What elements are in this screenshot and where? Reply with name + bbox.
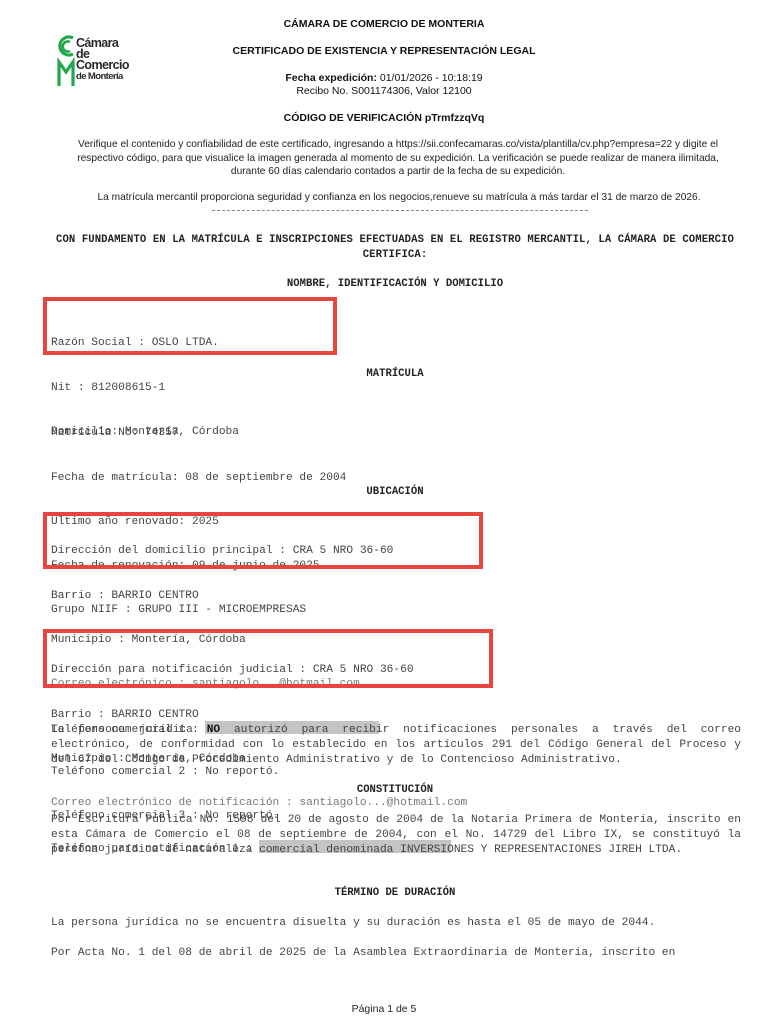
constitucion-text: Por Escritura Pública No. 1598 del 20 de… bbox=[51, 813, 741, 858]
duracion-text: La persona jurídica no se encuentra disu… bbox=[51, 916, 741, 931]
issue-date-value: 01/01/2026 - 10:18:19 bbox=[380, 72, 483, 84]
section-heading-duracion: TÉRMINO DE DURACIÓN bbox=[0, 887, 768, 899]
receipt: Recibo No. S001174306, Valor 12100 bbox=[0, 85, 768, 97]
notice-bold-no: NO bbox=[207, 724, 220, 736]
intro-heading: CON FUNDAMENTO EN LA MATRÍCULA E INSCRIP… bbox=[40, 233, 750, 262]
renewal-notice: La matrícula mercantil proporciona segur… bbox=[0, 192, 768, 203]
divider bbox=[212, 210, 588, 211]
highlight-box-judicial-address bbox=[43, 629, 493, 688]
chamber-name: CÁMARA DE COMERCIO DE MONTERIA bbox=[0, 18, 768, 30]
judicial-email: Correo electrónico de notificación : san… bbox=[51, 796, 467, 811]
judicial-neighborhood: Barrio : BARRIO CENTRO bbox=[51, 708, 467, 723]
certificate-title: CERTIFICADO DE EXISTENCIA Y REPRESENTACI… bbox=[0, 45, 768, 57]
principal-neighborhood: Barrio : BARRIO CENTRO bbox=[51, 589, 393, 604]
nit: Nit : 812008615-1 bbox=[51, 381, 239, 396]
highlight-box-principal-address bbox=[43, 512, 483, 569]
matricula-number: Matrícula No: 74357 bbox=[51, 426, 346, 441]
email-notification-notice: La persona jurídica NO autorizó para rec… bbox=[51, 723, 741, 768]
acta-text: Por Acta No. 1 del 08 de abril de 2025 d… bbox=[51, 946, 741, 961]
verification-instructions: Verifique el contenido y confiabilidad d… bbox=[60, 138, 736, 179]
page-number: Página 1 de 5 bbox=[0, 1003, 768, 1015]
section-heading-matricula: MATRÍCULA bbox=[0, 368, 768, 380]
verification-code: CÓDIGO DE VERIFICACIÓN pTrmfzzqVq bbox=[0, 112, 768, 124]
section-heading-ubicacion: UBICACIÓN bbox=[0, 486, 768, 498]
section-heading-identification: NOMBRE, IDENTIFICACIÓN Y DOMICILIO bbox=[0, 278, 768, 290]
matricula-date: Fecha de matrícula: 08 de septiembre de … bbox=[51, 471, 346, 486]
issue-date: Fecha expedición: 01/01/2026 - 10:18:19 bbox=[0, 72, 768, 84]
section-heading-constitucion: CONSTITUCIÓN bbox=[0, 784, 768, 796]
issue-date-label: Fecha expedición: bbox=[285, 72, 377, 84]
logo-line-2: Comercio bbox=[76, 60, 129, 71]
highlight-box-identification bbox=[43, 297, 337, 355]
